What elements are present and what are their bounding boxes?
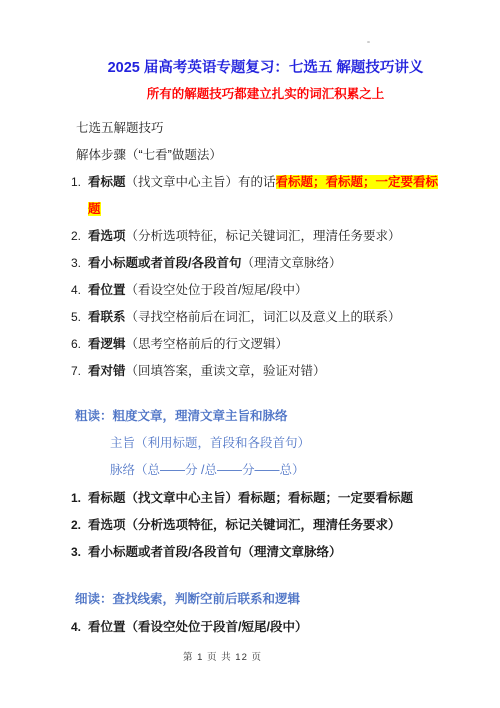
list-item: 4. 看位置（看设空处位于段首/短尾/段中） [71,277,460,304]
section-heading-skills: 七选五解题技巧 [76,115,460,142]
list-item: 2. 看选项（分析选项特征，标记关键词汇，理清任务要求） [71,512,460,539]
list-number: 3. [71,250,88,277]
list-item: 3. 看小标题或者首段/各段首句（理清文章脉络） [71,539,460,566]
list-number: 4. [71,614,88,641]
list-item-text: 看位置（看设空处位于段首/短尾/段中） [88,277,446,304]
smudge-artifact [367,41,370,43]
list-item: 2. 看选项（分析选项特征，标记关键词汇，理清任务要求） [71,223,460,250]
page-subtitle: 所有的解题技巧都建立扎实的词汇积累之上 [61,85,470,103]
coarse-steps-list: 1. 看标题（找文章中心主旨）看标题；看标题；一定要看标题 2. 看选项（分析选… [71,485,460,566]
list-item: 6. 看逻辑（思考空格前后的行文逻辑） [71,331,460,358]
list-item: 5. 看联系（寻找空格前后在词汇，词汇以及意义上的联系） [71,304,460,331]
list-number: 1. [71,169,88,196]
list-item-text: 看小标题或者首段/各段首句（理清文章脉络） [88,250,446,277]
list-item-text: 看标题（找文章中心主旨）有的话看标题；看标题；一定要看标题 [88,169,446,223]
list-item: 7. 看对错（回填答案，重读文章，验证对错） [71,358,460,385]
list-number: 4. [71,277,88,304]
list-item-text: 看选项（分析选项特征，标记关键词汇，理清任务要求） [88,223,446,250]
coarse-reading-note-gist: 主旨（利用标题，首段和各段首句） [110,430,460,457]
list-item: 1. 看标题（找文章中心主旨）看标题；看标题；一定要看标题 [71,485,460,512]
list-item: 1. 看标题（找文章中心主旨）有的话看标题；看标题；一定要看标题 [71,169,460,223]
list-number: 3. [71,539,88,566]
fine-reading-heading: 细读：查找线索，判断空前后联系和逻辑 [75,586,460,613]
list-number: 1. [71,485,88,512]
list-item-text: 看小标题或者首段/各段首句（理清文章脉络） [88,539,446,566]
list-item-text: 看选项（分析选项特征，标记关键词汇，理清任务要求） [88,512,446,539]
list-number: 7. [71,358,88,385]
list-item: 4. 看位置（看设空处位于段首/短尾/段中） [71,614,460,641]
seven-look-steps-list: 1. 看标题（找文章中心主旨）有的话看标题；看标题；一定要看标题 2. 看选项（… [71,169,460,385]
list-item-text: 看逻辑（思考空格前后的行文逻辑） [88,331,446,358]
coarse-reading-note-structure: 脉络（总——分 /总——分——总） [110,457,460,484]
list-number: 5. [71,304,88,331]
list-item: 3. 看小标题或者首段/各段首句（理清文章脉络） [71,250,460,277]
list-item-text: 看位置（看设空处位于段首/短尾/段中） [88,614,446,641]
list-number: 2. [71,223,88,250]
list-item-text: 看对错（回填答案，重读文章，验证对错） [88,358,446,385]
section-heading-steps: 解体步骤（“七看”做题法） [76,142,460,169]
page-title: 2025 届高考英语专题复习：七选五 解题技巧讲义 [61,58,470,78]
fine-steps-list: 4. 看位置（看设空处位于段首/短尾/段中） [71,614,460,641]
list-item-text: 看标题（找文章中心主旨）看标题；看标题；一定要看标题 [88,485,446,512]
list-item-text: 看联系（寻找空格前后在词汇，词汇以及意义上的联系） [88,304,446,331]
list-number: 6. [71,331,88,358]
page-footer: 第 1 页 共 12 页 [0,649,445,663]
coarse-reading-heading: 粗读：粗度文章，理清文章主旨和脉络 [75,403,460,430]
list-number: 2. [71,512,88,539]
document-page: 2025 届高考英语专题复习：七选五 解题技巧讲义 所有的解题技巧都建立扎实的词… [0,0,500,708]
